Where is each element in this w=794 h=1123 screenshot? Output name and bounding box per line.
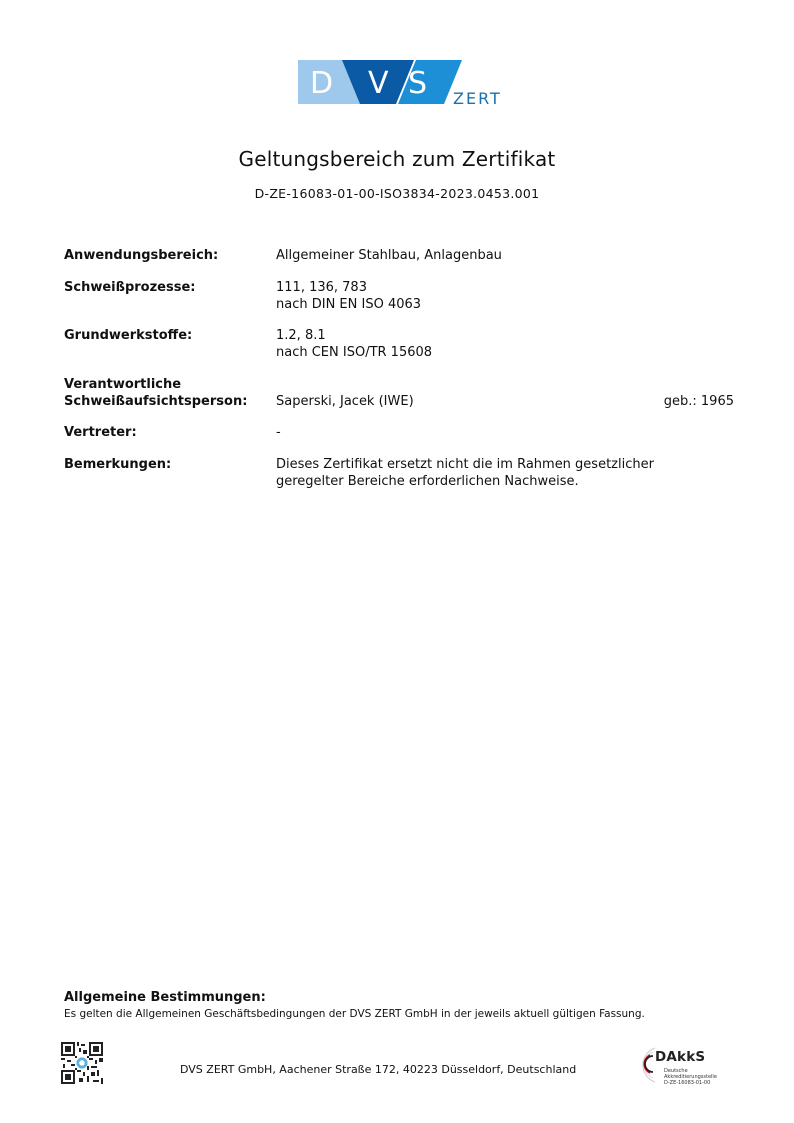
field-value: Allgemeiner Stahlbau, Anlagenbau xyxy=(276,247,696,264)
field-label: Anwendungsbereich: xyxy=(64,247,274,264)
field-value: 1.2, 8.1 xyxy=(276,327,696,344)
field-label: Vertreter: xyxy=(64,424,274,441)
general-terms-text: Es gelten die Allgemeinen Geschäftsbedin… xyxy=(64,1008,645,1020)
field-value-line2: geregelter Bereiche erforderlichen Nachw… xyxy=(276,473,696,490)
birth-year: geb.: 1965 xyxy=(664,393,734,410)
field-label-line1: Verantwortliche xyxy=(64,376,279,393)
page-title: Geltungsbereich zum Zertifikat xyxy=(0,147,794,171)
field-value: 111, 136, 783 xyxy=(276,279,696,296)
field-value-line1: Dieses Zertifikat ersetzt nicht die im R… xyxy=(276,456,696,473)
field-value-standard: nach CEN ISO/TR 15608 xyxy=(276,344,696,361)
dvs-zert-logo: D V S ZERT xyxy=(298,60,518,106)
field-label: Schweißprozesse: xyxy=(64,279,274,296)
field-label: Grundwerkstoffe: xyxy=(64,327,274,344)
dakks-line3: D-ZE-16083-01-00 xyxy=(664,1080,710,1086)
field-value-standard: nach DIN EN ISO 4063 xyxy=(276,296,696,313)
svg-text:S: S xyxy=(408,66,427,101)
certificate-id: D-ZE-16083-01-00-ISO3834-2023.0453.001 xyxy=(0,186,794,201)
field-label-line2: Schweißaufsichtsperson: xyxy=(64,393,279,410)
field-value: - xyxy=(276,424,696,441)
general-terms-title: Allgemeine Bestimmungen: xyxy=(64,990,266,1005)
svg-text:ZERT: ZERT xyxy=(453,89,502,106)
svg-text:V: V xyxy=(368,66,389,101)
field-label: Bemerkungen: xyxy=(64,456,274,473)
dakks-logo: DAkkS Deutsche Akkreditierungsstelle D-Z… xyxy=(641,1044,741,1090)
qr-code-icon[interactable] xyxy=(61,1042,103,1084)
field-value: Saperski, Jacek (IWE) xyxy=(276,393,696,410)
svg-text:D: D xyxy=(310,66,333,101)
dakks-wordmark: DAkkS xyxy=(655,1049,705,1065)
company-address: DVS ZERT GmbH, Aachener Straße 172, 4022… xyxy=(180,1063,576,1076)
